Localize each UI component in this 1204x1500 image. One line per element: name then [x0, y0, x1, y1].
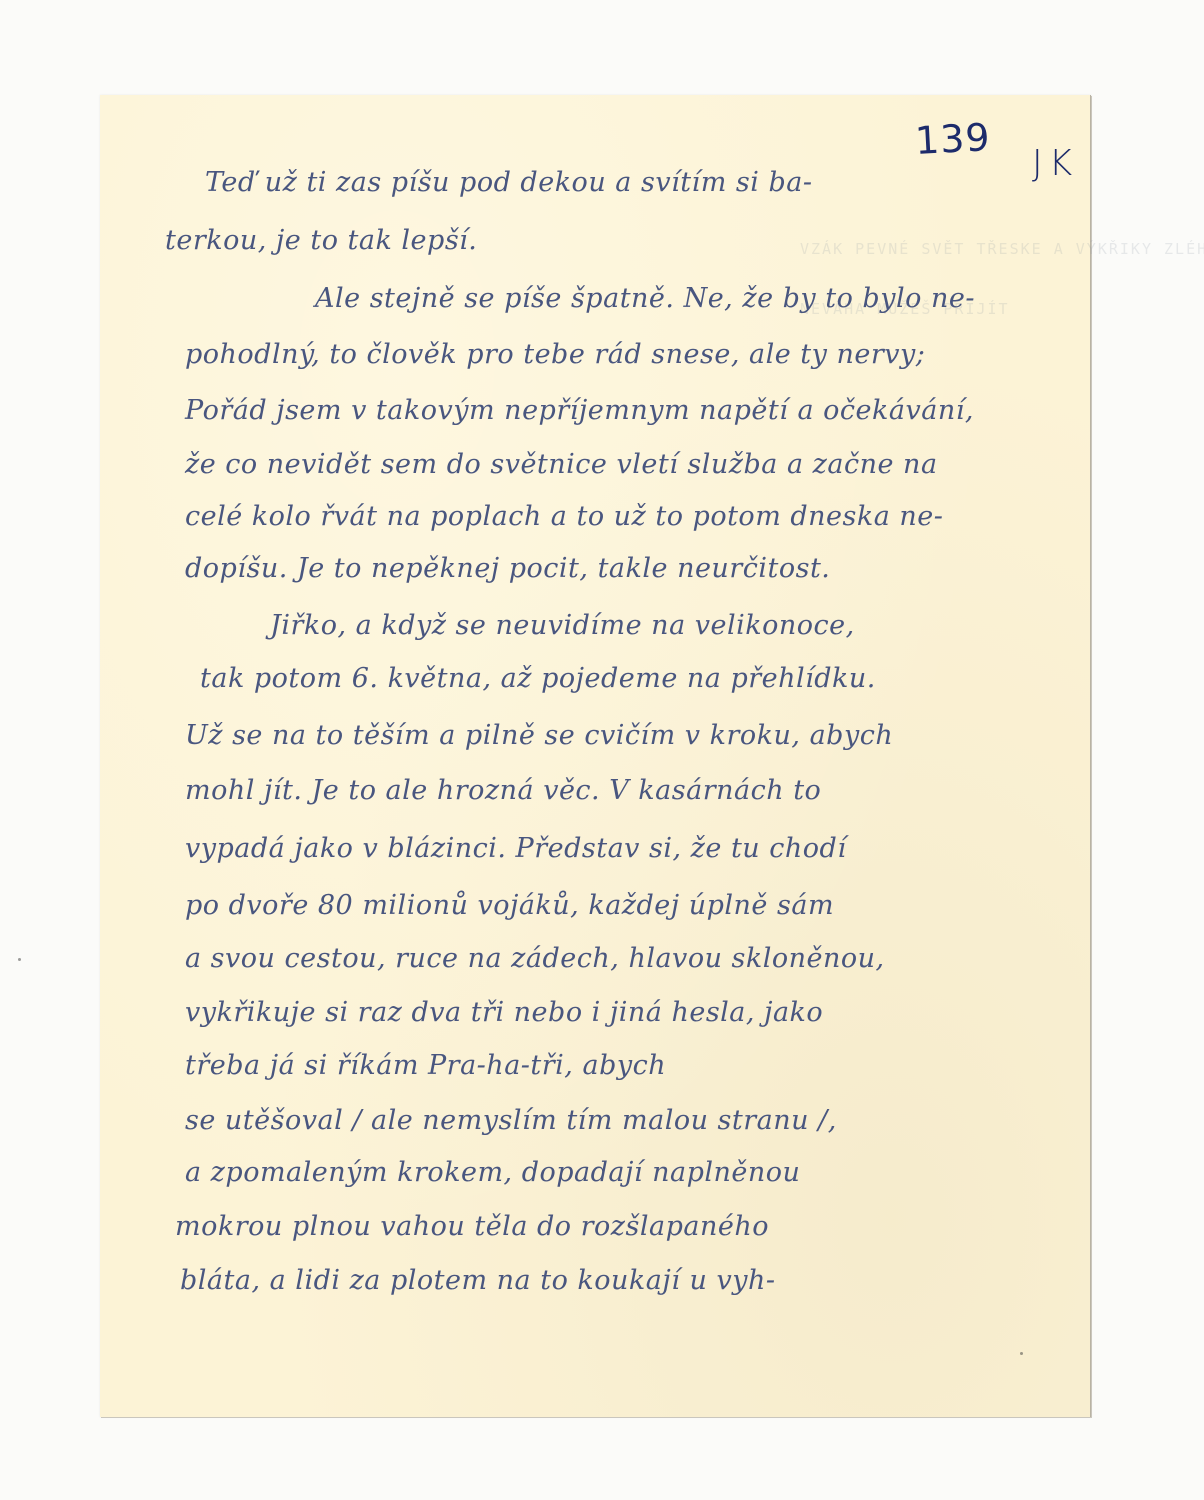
letter-line: dopíšu. Je to nepěknej pocit, takle neur…	[185, 553, 830, 584]
letter-line: že co nevidět sem do světnice vletí služ…	[185, 449, 938, 480]
letter-body: Teď už ti zas píšu pod dekou a svítím si…	[100, 95, 1090, 1417]
letter-line: bláta, a lidi za plotem na to koukají u …	[180, 1265, 775, 1296]
letter-line: Pořád jsem v takovým nepříjemnym napětí …	[185, 395, 974, 426]
letter-line: po dvoře 80 milionů vojáků, každej úplně…	[185, 890, 834, 921]
letter-line: a svou cestou, ruce na zádech, hlavou sk…	[185, 943, 885, 974]
letter-line: terkou, je to tak lepší.	[165, 225, 477, 256]
letter-line: Už se na to těším a pilně se cvičím v kr…	[185, 720, 893, 751]
letter-line: se utěšoval / ale nemyslím tím malou str…	[185, 1105, 837, 1136]
letter-line: mohl jít. Je to ale hrozná věc. V kasárn…	[185, 775, 821, 806]
letter-line: Ale stejně se píše špatně. Ne, že by to …	[315, 283, 975, 314]
letter-line: třeba já si říkám Pra-ha-tři, abych	[185, 1050, 666, 1081]
letter-line: celé kolo řvát na poplach a to už to pot…	[185, 501, 943, 532]
letter-paper: VZÁK PEVNÉ SVĚT TŘESKE A VÝKŘIKY ZLÉHO N…	[100, 95, 1091, 1417]
scan-speck	[1020, 1352, 1023, 1355]
letter-line: pohodlný, to člověk pro tebe rád snese, …	[185, 339, 925, 370]
letter-line: Jiřko, a když se neuvidíme na velikonoce…	[270, 610, 855, 641]
letter-line: a zpomaleným krokem, dopadají naplněnou	[185, 1157, 800, 1188]
scan-speck	[18, 958, 21, 961]
letter-line: vykřikuje si raz dva tři nebo i jiná hes…	[185, 997, 823, 1028]
letter-line: tak potom 6. května, až pojedeme na přeh…	[200, 663, 876, 694]
letter-line: Teď už ti zas píšu pod dekou a svítím si…	[205, 167, 812, 198]
letter-line: mokrou plnou vahou těla do rozšlapaného	[175, 1211, 769, 1242]
letter-line: vypadá jako v blázinci. Představ si, že …	[185, 833, 846, 864]
